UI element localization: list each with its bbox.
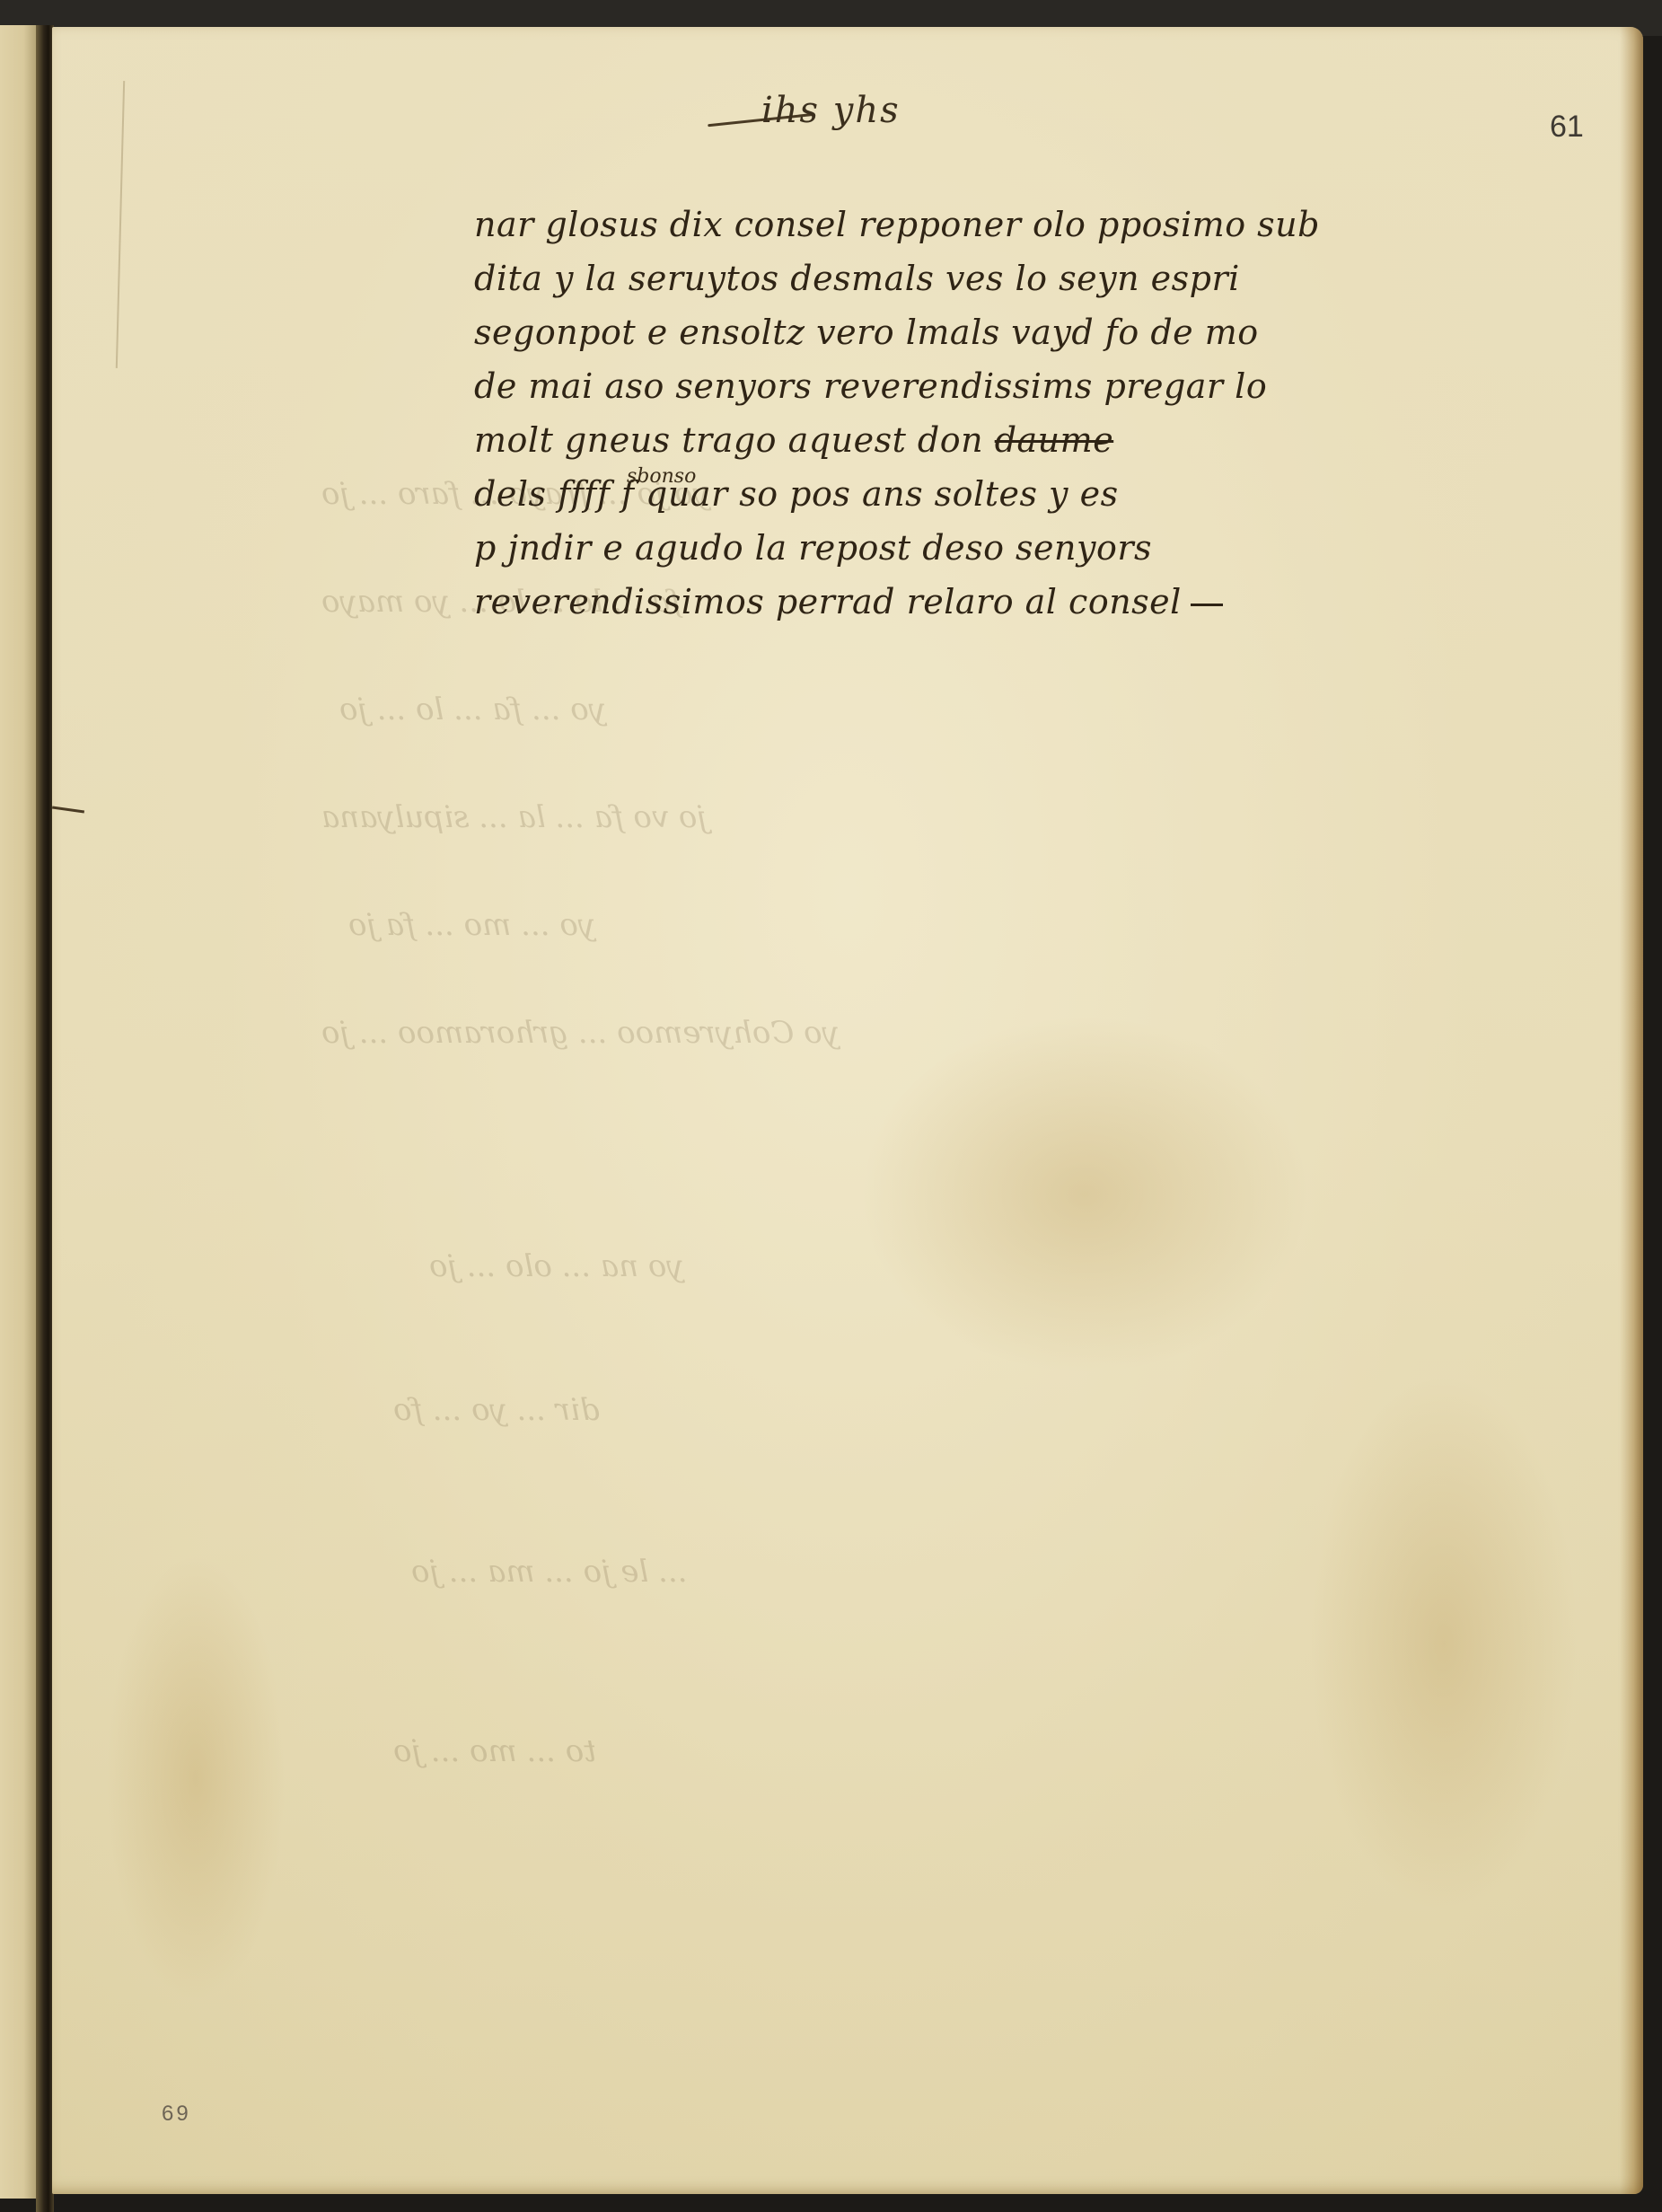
bleed-through-text: yo na ... olo ... jo (429, 1248, 684, 1284)
page-edge-shading (1620, 27, 1643, 2194)
text-line: dita y la seruytos desmals ves lo seyn e… (474, 251, 1462, 305)
book-gutter (36, 25, 54, 2212)
facing-page-edge (0, 25, 40, 2199)
paper-crease (116, 81, 125, 368)
bleed-through-text: yo Cohyremoo ... grhoramoo ... jo (321, 1015, 840, 1051)
text-line: dels ffff f quar so pos ans soltes y es (474, 467, 1462, 521)
line-filler-dash (1191, 604, 1223, 606)
folio-number: 61 (1550, 110, 1584, 145)
paper-stain (860, 1015, 1309, 1374)
bleed-through-text: ... le jo ... ma ... jo (411, 1554, 688, 1590)
text-line-with-strike: molt gneus trago aquest don daume (474, 413, 1462, 467)
text-line: de mai aso senyors reverendissims pregar… (474, 359, 1462, 413)
pencil-page-number: 69 (162, 2102, 191, 2127)
text-line: nar glosus dix consel repponer olo pposi… (474, 198, 1462, 251)
text-segment: molt gneus trago aquest don (474, 420, 983, 460)
text-segment: reverendissimos perrad relaro al consel (474, 582, 1182, 621)
bleed-through-text: yo ... mo ... fa jo (348, 907, 595, 943)
manuscript-text: nar glosus dix consel repponer olo pposi… (474, 198, 1462, 629)
paper-stain (1309, 1374, 1578, 1913)
bleed-through-text: to ... mo ... jo (393, 1733, 596, 1769)
bleed-through-text: yo ... fa ... lo ... jo (339, 692, 606, 727)
margin-mark (52, 806, 84, 814)
superscript-insertion: sbonso (627, 465, 696, 488)
paper-stain (106, 1554, 286, 2003)
bleed-through-text: jo vo fa ... la ... sipulyana (321, 799, 707, 835)
text-line-final: reverendissimos perrad relaro al consel (474, 575, 1462, 629)
text-line: p jndir e agudo la repost deso senyors (474, 521, 1462, 575)
struck-word: daume (995, 420, 1113, 460)
page-heading-monogram: ihs yhs (761, 90, 901, 131)
text-line: segonpot e ensoltz vero lmals vayd fo de… (474, 305, 1462, 359)
bleed-through-text: dir ... yo ... fo (393, 1392, 600, 1428)
manuscript-page: yo jo ... frayo ... faro ... jo fa ... l… (52, 27, 1643, 2194)
